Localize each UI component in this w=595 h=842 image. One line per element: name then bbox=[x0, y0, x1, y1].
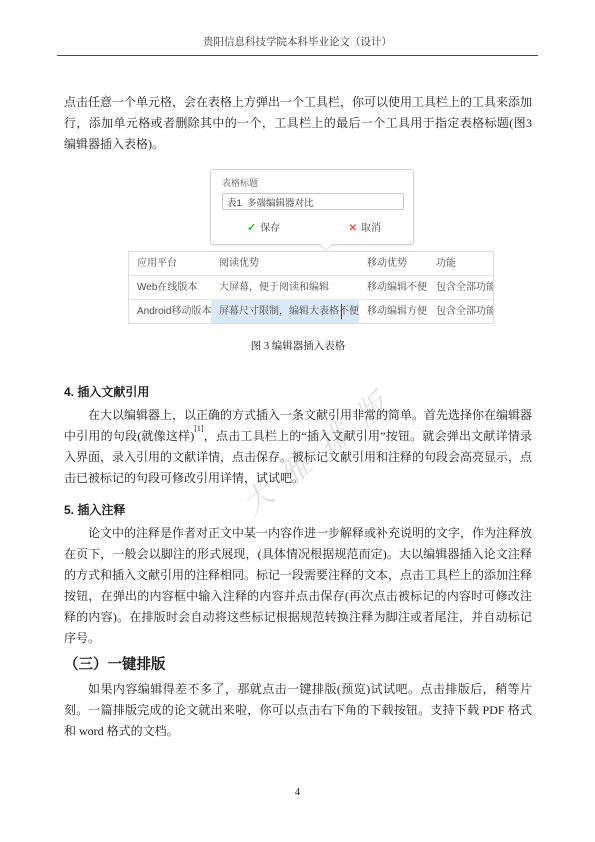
table-cell: 包含全部功能 bbox=[428, 276, 493, 299]
section-heading-annotation: 5. 插入注释 bbox=[64, 501, 532, 519]
table-cell: 大屏幕，便于阅读和编辑 bbox=[211, 276, 359, 299]
section-body-citation: 在大以编辑器上，以正确的方式插入一条文献引用非常的简单。首先选择你在编辑器中引用… bbox=[64, 405, 532, 489]
x-icon: ✕ bbox=[349, 218, 357, 239]
document-page: 贵阳信息科技学院本科毕业论文（设计） 大雅排版 点击任意一个单元格，会在表格上方… bbox=[0, 0, 595, 842]
figure-caption: 图 3 编辑器插入表格 bbox=[64, 339, 532, 355]
table-cell: 移动编辑方便 bbox=[359, 300, 428, 323]
intro-paragraph: 点击任意一个单元格，会在表格上方弹出一个工具栏，你可以使用工具栏上的工具来添加行… bbox=[64, 92, 532, 155]
table-title-input[interactable] bbox=[222, 193, 404, 210]
table-cell: Android移动版本 bbox=[129, 300, 211, 323]
save-button[interactable]: ✓ 保存 bbox=[247, 218, 280, 239]
table-header-cell: 功能 bbox=[428, 252, 493, 275]
table-header-cell: 应用平台 bbox=[129, 252, 211, 275]
table-header-row: 应用平台 阅读优势 移动优势 功能 bbox=[129, 252, 493, 275]
selected-cell-text: 屏幕尺寸限制，编辑大表格不便 bbox=[219, 301, 359, 322]
figure-editor-screenshot: 表格标题 ✓ 保存 ✕ 取消 应用平台 阅读优势 bbox=[64, 165, 532, 325]
header-title: 贵阳信息科技学院本科毕业论文（设计） bbox=[203, 37, 392, 48]
page-header: 贵阳信息科技学院本科毕业论文（设计） bbox=[57, 36, 538, 56]
section-body-one-click-layout: 如果内容编辑得差不多了，那就点击一键排版(预览)试试吧。点击排版后，稍等片刻。一… bbox=[64, 679, 532, 742]
page-number: 4 bbox=[0, 787, 595, 798]
table-row: Android移动版本 屏幕尺寸限制，编辑大表格不便 移动编辑方便 包含全部功能 bbox=[129, 299, 493, 323]
cancel-button[interactable]: ✕ 取消 bbox=[349, 218, 381, 239]
table-cell: 移动编辑不便 bbox=[359, 276, 428, 299]
citation-mark: [1] bbox=[194, 424, 203, 433]
table-header-cell: 移动优势 bbox=[359, 252, 428, 275]
text-caret bbox=[341, 304, 342, 319]
selected-table-cell[interactable]: 屏幕尺寸限制，编辑大表格不便 bbox=[211, 300, 359, 323]
cancel-button-label: 取消 bbox=[361, 218, 381, 239]
table-row: Web在线版本 大屏幕，便于阅读和编辑 移动编辑不便 包含全部功能 bbox=[129, 275, 493, 299]
table-cell: 包含全部功能 bbox=[428, 300, 493, 323]
page-body: 点击任意一个单元格，会在表格上方弹出一个工具栏，你可以使用工具栏上的工具来添加行… bbox=[64, 92, 532, 742]
table-title-label: 表格标题 bbox=[222, 178, 413, 189]
section-heading-one-click-layout: （三）一键排版 bbox=[64, 655, 532, 675]
table-header-cell: 阅读优势 bbox=[211, 252, 359, 275]
section-body-annotation: 论文中的注释是作者对正文中某一内容作进一步解释或补充说明的文字，作为注释放在页下… bbox=[64, 523, 532, 649]
section-heading-citation: 4. 插入文献引用 bbox=[64, 383, 532, 401]
table-cell: Web在线版本 bbox=[129, 276, 211, 299]
comparison-table: 应用平台 阅读优势 移动优势 功能 Web在线版本 大屏幕，便于阅读和编辑 移动… bbox=[128, 251, 494, 324]
save-button-label: 保存 bbox=[260, 218, 280, 239]
popup-pointer bbox=[319, 244, 333, 251]
check-icon: ✓ bbox=[247, 218, 256, 239]
popup-button-row: ✓ 保存 ✕ 取消 bbox=[211, 218, 413, 239]
table-title-popup: 表格标题 ✓ 保存 ✕ 取消 bbox=[210, 169, 414, 245]
